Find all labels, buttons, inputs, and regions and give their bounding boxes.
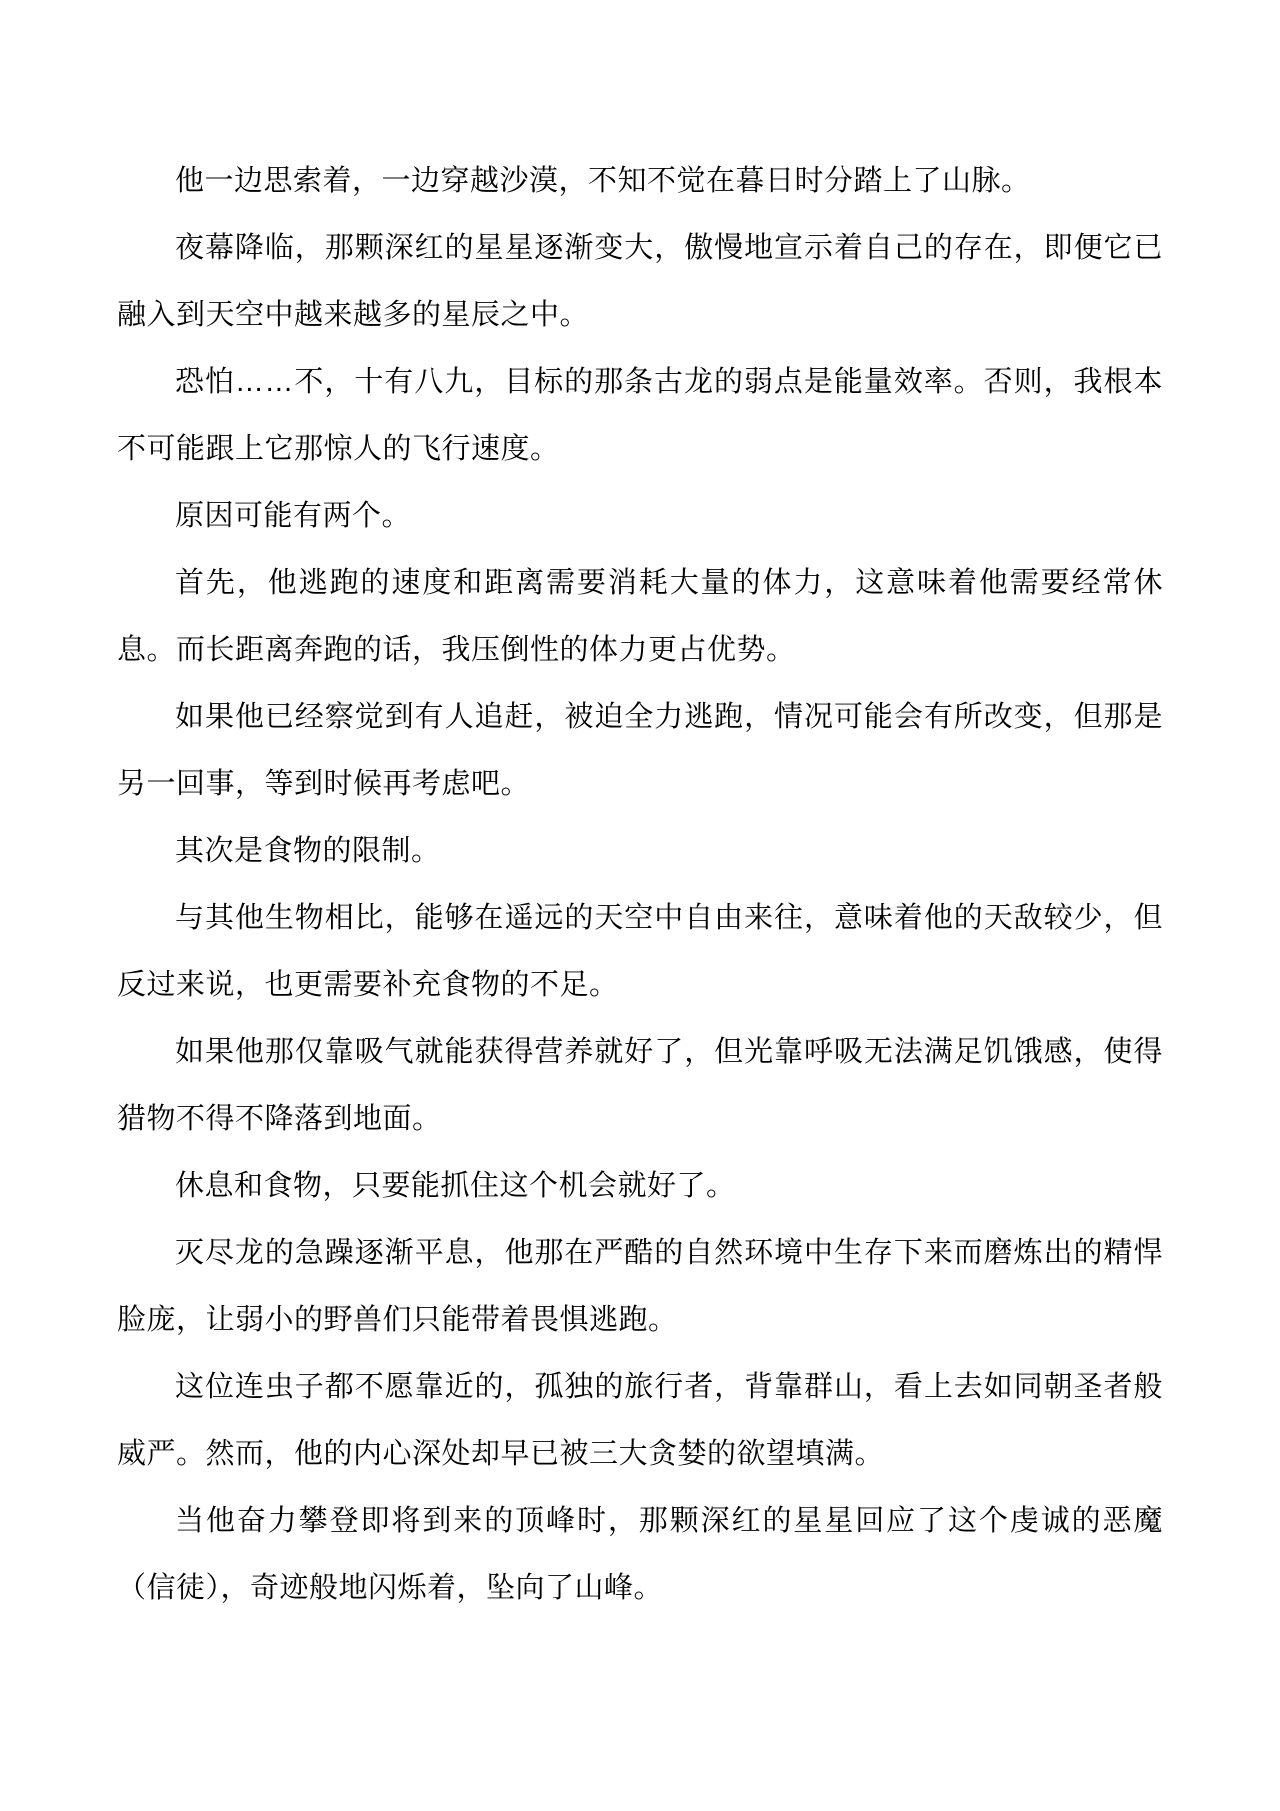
paragraph: 原因可能有两个。 xyxy=(117,483,1163,550)
paragraph: 首先，他逃跑的速度和距离需要消耗大量的体力，这意味着他需要经常休息。而长距离奔跑… xyxy=(117,550,1163,684)
paragraph: 灭尽龙的急躁逐渐平息，他那在严酷的自然环境中生存下来而磨炼出的精悍脸庞，让弱小的… xyxy=(117,1220,1163,1354)
paragraph: 这位连虫子都不愿靠近的，孤独的旅行者，背靠群山，看上去如同朝圣者般威严。然而，他… xyxy=(117,1354,1163,1488)
paragraph: 与其他生物相比，能够在遥远的天空中自由来往，意味着他的天敌较少，但反过来说，也更… xyxy=(117,885,1163,1019)
paragraph: 恐怕……不，十有八九，目标的那条古龙的弱点是能量效率。否则，我根本不可能跟上它那… xyxy=(117,349,1163,483)
paragraph: 如果他已经察觉到有人追赶，被迫全力逃跑，情况可能会有所改变，但那是另一回事，等到… xyxy=(117,684,1163,818)
novel-text-body: 他一边思索着，一边穿越沙漠，不知不觉在暮日时分踏上了山脉。夜幕降临，那颗深红的星… xyxy=(0,0,1280,1622)
document-page: 他一边思索着，一边穿越沙漠，不知不觉在暮日时分踏上了山脉。夜幕降临，那颗深红的星… xyxy=(0,0,1280,1811)
paragraph: 其次是食物的限制。 xyxy=(117,818,1163,885)
paragraph: 当他奋力攀登即将到来的顶峰时，那颗深红的星星回应了这个虔诚的恶魔（信徒），奇迹般… xyxy=(117,1488,1163,1622)
paragraph: 如果他那仅靠吸气就能获得营养就好了，但光靠呼吸无法满足饥饿感，使得猎物不得不降落… xyxy=(117,1019,1163,1153)
paragraph: 他一边思索着，一边穿越沙漠，不知不觉在暮日时分踏上了山脉。 xyxy=(117,148,1163,215)
paragraph: 夜幕降临，那颗深红的星星逐渐变大，傲慢地宣示着自己的存在，即便它已融入到天空中越… xyxy=(117,215,1163,349)
paragraph: 休息和食物，只要能抓住这个机会就好了。 xyxy=(117,1153,1163,1220)
